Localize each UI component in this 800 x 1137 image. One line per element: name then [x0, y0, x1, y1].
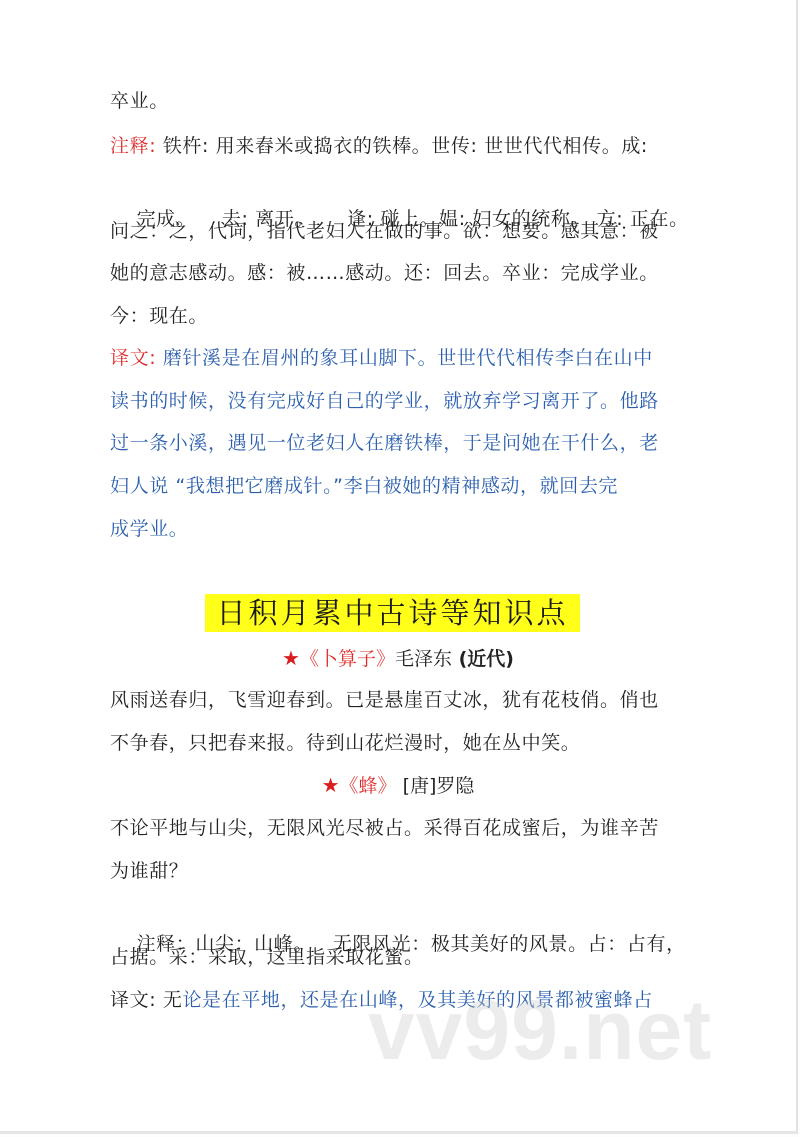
poem-text: 不论平地与山尖，无限风光尽被占。采得百花成蜜后，为谁辛苦	[110, 817, 659, 839]
translation-line: 成学业。	[110, 514, 700, 544]
star-icon: ★	[282, 646, 300, 670]
text-line: 完成。 去: 离开。 逢: 碰上。媪: 妇女的统称。 方: 正在。	[110, 174, 700, 204]
poem-author: 毛泽东	[395, 648, 452, 670]
poem-text: 不争春，只把春来报。待到山花烂漫时，她在丛中笑。	[110, 732, 580, 754]
notes-line: 注释：山尖：山峰。 无限风光：极其美好的风景。占：占有，	[110, 899, 700, 929]
poem-title: 《蜂》	[340, 775, 397, 797]
body-text: 铁杵: 用来舂米或捣衣的铁棒。世传: 世世代代相传。成:	[156, 135, 648, 157]
body-text: 问之：之，代词，指代老妇人在做的事。欲：想要。感其意：被	[110, 220, 659, 242]
poem-line: 不论平地与山尖，无限风光尽被占。采得百花成蜜后，为谁辛苦	[110, 813, 700, 843]
notes-line: 占据。采：采取，这里指采取花蜜。	[110, 942, 700, 972]
translation-line: 读书的时候，没有完成好自己的学业，就放弃学习离开了。他路	[110, 386, 700, 416]
watermark: vv99.net	[368, 990, 728, 1070]
body-text: 卒业。	[110, 90, 169, 112]
poem-line: 为谁甜？	[110, 856, 700, 886]
translation-label: 译文: 无	[110, 989, 182, 1011]
text-line: 她的意志感动。感：被……感动。还：回去。卒业：完成学业。	[110, 258, 700, 288]
poem-text: 风雨送春归，飞雪迎春到。已是悬崖百丈冰，犹有花枝俏。俏也	[110, 689, 659, 711]
poem-title: 《卜算子》	[300, 648, 395, 670]
poem-title-line: ★《蜂》 [唐]罗隐	[0, 770, 796, 800]
text-line: 今：现在。	[110, 301, 700, 331]
notes-text: 占据。采：采取，这里指采取花蜜。	[110, 946, 424, 968]
text-line: 卒业。	[110, 86, 700, 116]
translation-text: 过一条小溪，遇见一位老妇人在磨铁棒，于是问她在干什么，老	[110, 432, 659, 454]
section-heading: 日积月累中古诗等知识点	[216, 596, 568, 630]
star-icon: ★	[322, 773, 340, 797]
notes-line: 注释: 铁杵: 用来舂米或捣衣的铁棒。世传: 世世代代相传。成:	[110, 131, 700, 161]
translation-label: 译文:	[110, 347, 156, 369]
poem-line: 不争春，只把春来报。待到山花烂漫时，她在丛中笑。	[110, 728, 700, 758]
translation-line: 译文: 磨针溪是在眉州的象耳山脚下。世世代代相传李白在山中	[110, 343, 700, 373]
section-heading-highlight: 日积月累中古诗等知识点	[205, 594, 580, 632]
translation-text: 妇人说 “我想把它磨成针。”李白被她的精神感动，就回去完	[110, 475, 618, 497]
translation-line: 过一条小溪，遇见一位老妇人在磨铁棒，于是问她在干什么，老	[110, 428, 700, 458]
poem-dynasty: [唐]	[397, 775, 437, 797]
translation-text: 磨针溪是在眉州的象耳山脚下。世世代代相传李白在山中	[156, 347, 653, 369]
poem-text: 为谁甜？	[110, 860, 188, 882]
poem-title-line: ★《卜算子》毛泽东 (近代)	[0, 643, 796, 673]
translation-line: 妇人说 “我想把它磨成针。”李白被她的精神感动，就回去完	[110, 471, 700, 501]
poem-line: 风雨送春归，飞雪迎春到。已是悬崖百丈冰，犹有花枝俏。俏也	[110, 685, 700, 715]
poem-era: (近代)	[452, 648, 514, 670]
translation-text: 成学业。	[110, 518, 188, 540]
translation-text: 读书的时候，没有完成好自己的学业，就放弃学习离开了。他路	[110, 390, 659, 412]
text-line: 问之：之，代词，指代老妇人在做的事。欲：想要。感其意：被	[110, 216, 700, 246]
poem-author: 罗隐	[436, 775, 474, 797]
body-text: 她的意志感动。感：被……感动。还：回去。卒业：完成学业。	[110, 262, 659, 284]
body-text: 今：现在。	[110, 305, 208, 327]
notes-label: 注释:	[110, 135, 156, 157]
document-page: 卒业。 注释: 铁杵: 用来舂米或捣衣的铁棒。世传: 世世代代相传。成: 完成。…	[0, 0, 798, 1134]
